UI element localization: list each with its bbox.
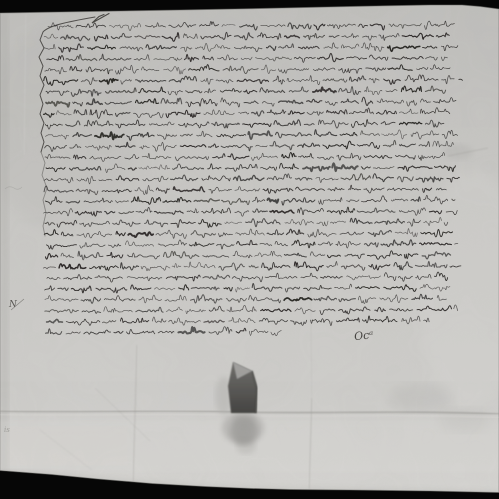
stain-bottom-right bbox=[439, 408, 491, 432]
parchment-surface-detail: N is Ocᵃ bbox=[0, 0, 499, 499]
seal-tag-mirror-shadow bbox=[233, 414, 255, 444]
closing-docket-mark: Ocᵃ bbox=[353, 328, 374, 343]
manuscript-photo: N is Ocᵃ bbox=[0, 0, 499, 499]
left-edge-shadow bbox=[0, 13, 9, 473]
pencil-note: is bbox=[4, 426, 10, 434]
photo-stage: N is Ocᵃ bbox=[0, 0, 499, 499]
stain-near-fold-right bbox=[388, 384, 452, 412]
